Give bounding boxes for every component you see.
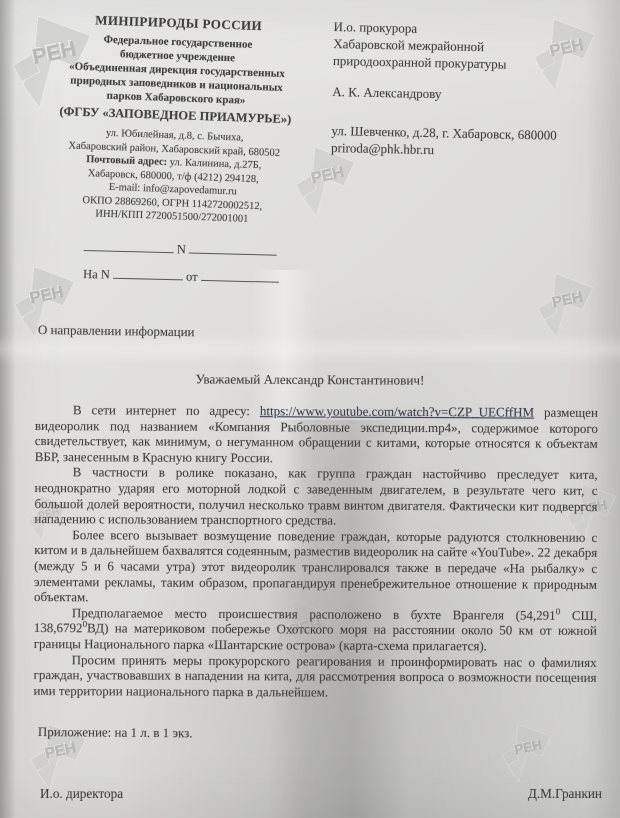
recipient-block: И.о. прокурора Хабаровской межрайонной п… [330, 10, 616, 224]
paragraph-4-text: ВД) на материковом побережье Охотского м… [34, 620, 597, 653]
reference-number-line: N [84, 239, 324, 261]
signature-row: И.о. директора Д.М.Гранкин [40, 786, 602, 802]
letter-body: В сети интернет по адресу: https://www.y… [33, 402, 598, 701]
letter-header: МИНПРИРОДЫ РОССИИ Федеральное государств… [0, 0, 620, 219]
recipient-name: А. К. Александрову [332, 83, 614, 106]
attachment-note: Приложение: на 1 л. в 1 экз. [38, 724, 620, 745]
reference-na-label: На N [83, 266, 110, 281]
reference-blank-line [189, 241, 277, 255]
sender-letterhead: МИНПРИРОДЫ РОССИИ Федеральное государств… [21, 10, 330, 229]
paragraph-3: Более всего вызывает возмущение поведени… [34, 526, 597, 607]
paragraph-2: В частности в ролике показано, как групп… [34, 464, 597, 529]
reference-reply-line: На N от [83, 265, 323, 287]
postal-value: ул. Калинина, д.27Б, [167, 157, 262, 171]
reference-blank-line [113, 266, 183, 280]
paragraph-4: Предполагаемое место происшествия распол… [34, 604, 597, 654]
subject-line: О направлении информации [38, 322, 620, 346]
reference-blank-line [84, 239, 174, 253]
salutation: Уважаемый Александр Константинович! [0, 370, 620, 389]
reference-ot-label: от [186, 269, 198, 283]
paragraph-1: В сети интернет по адресу: https://www.y… [35, 402, 598, 467]
paragraph-4-text: Предполагаемое место происшествия распол… [72, 604, 556, 622]
paragraph-1-text: В сети интернет по адресу: [73, 402, 260, 418]
signer-position: И.о. директора [40, 786, 123, 802]
reference-blank-line [201, 268, 279, 282]
signer-name: Д.М.Гранкин [528, 786, 602, 802]
paragraph-5: Просим принять меры прокурорского реагир… [33, 651, 596, 701]
reference-n-label: N [177, 242, 186, 256]
reference-block: N На N от [83, 239, 324, 288]
postal-label: Почтовый адрес: [86, 154, 167, 168]
scanned-letter-photo: РЕН РЕН МИНПРИРОДЫ РОССИИ Федеральное го… [0, 0, 620, 818]
youtube-link: https://www.youtube.com/watch?v=CZP_UECf… [260, 403, 534, 419]
